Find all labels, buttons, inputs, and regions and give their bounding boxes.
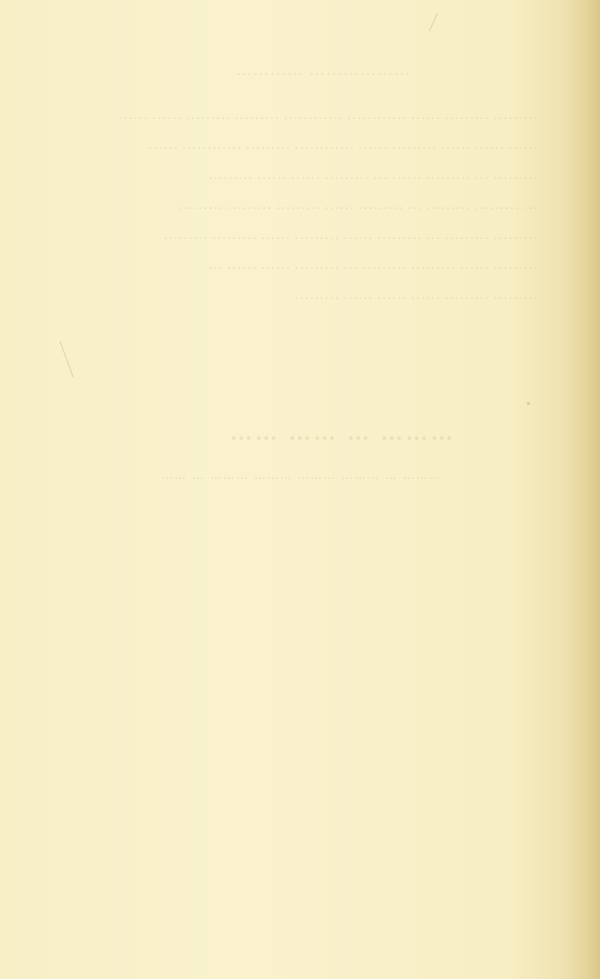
section-title: ……… … …… …… [160,420,520,446]
paragraph: ……… ……… …… ………… ………… ……… ……… …… …… …… ……… [68,100,538,310]
paragraph-line: … ……… ……… … ……… …… ……… ……… ……… [68,190,538,220]
section-subtitle: ……… … ……… ……… ……… ……… … …… [70,470,530,482]
paragraph-line: ……… ……… …… ………… ………… ……… ……… …… …… [68,100,538,130]
paragraph-line: ……… ……… … ……… …… ……… …… ……… ……… [68,220,538,250]
bleed-through-text: ……………… ………… ……… ……… …… ………… ………… ……… ………… [0,0,600,979]
book-page: ……………… ………… ……… ……… …… ………… ………… ……… ………… [0,0,600,979]
paragraph-line: ……… …… ……… ……… … ……… …… …… … [68,250,538,280]
running-header: ……………… ………… [235,62,410,80]
paragraph-line: ……… … ……… …… … ……… …… …… ……… [68,160,538,190]
paper-fleck [527,402,530,405]
paragraph-line: …… …… …… ……… …… ………… ……… ………… …… [68,130,538,160]
paragraph-line: ……… ……… …… …… …… ……… [68,280,538,310]
